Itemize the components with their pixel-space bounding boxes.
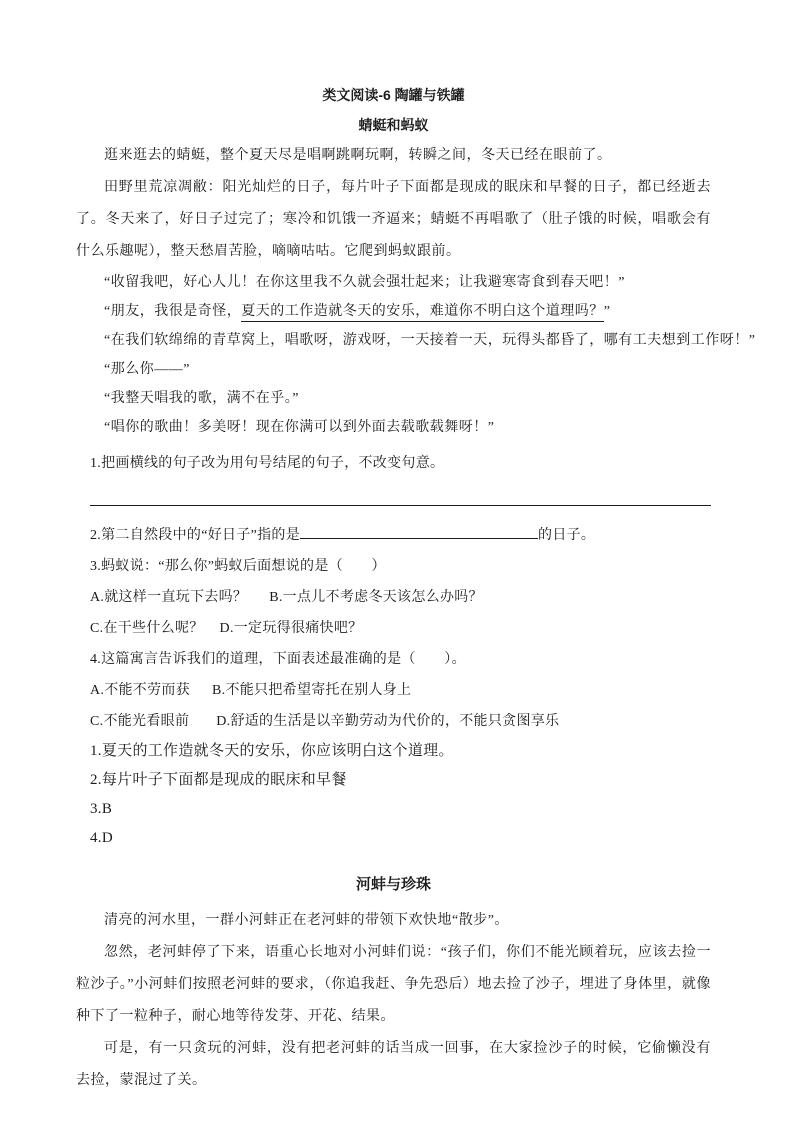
underlined-sentence: 夏天的工作造就冬天的安乐，难道你不明白这个道理吗？ [241,304,604,322]
question-1: 1.把画横线的句子改为用句号结尾的句子，不改变句意。 [90,448,711,479]
question-4: 4.这篇寓言告诉我们的道理，下面表述最准确的是（ ）。 [90,644,711,675]
option-3c: C.在干些什么呢？ [90,621,204,636]
question-4-options-ab: A.不能不劳而获B.不能只把希望寄托在别人身上 [90,675,711,706]
answers-section: 1.夏天的工作造就冬天的安乐，你应该明白这个道理。 2.每片叶子下面都是现成的眠… [90,737,711,853]
answer-2: 2.每片叶子下面都是现成的眠床和早餐 [90,766,711,795]
dialogue-line-6: “唱你的歌曲！多美呀！现在你满可以到外面去载歌载舞呀！” [76,413,711,442]
dialogue-2-prefix: “朋友，我很是奇怪， [104,304,241,319]
dialogue-2-close-quote: ” [604,304,611,319]
dialogue-line-1: “收留我吧，好心人儿！在你这里我不久就会强壮起来；让我避寒寄食到春天吧！” [76,268,711,297]
dialogue-line-4: “那么你——” [76,355,711,384]
story2-section: 清亮的河水里，一群小河蚌正在老河蚌的带领下欢快地“散步”。 忽然，老河蚌停了下来… [76,905,711,1097]
option-4d: D.舒适的生活是以辛勤劳动为代价的，不能只贪图享乐 [216,714,559,729]
answer-4: 4.D [90,824,711,853]
answer-1: 1.夏天的工作造就冬天的安乐，你应该明白这个道理。 [90,737,711,766]
story1-paragraph-1: 逛来逛去的蜻蜓，整个夏天尽是唱啊跳啊玩啊，转瞬之间，冬天已经在眼前了。 [76,140,711,172]
option-3b: B.一点儿不考虑冬天该怎么办吗？ [269,590,483,605]
worksheet-page: 类文阅读-6 陶罐与铁罐 蜻蜓和蚂蚁 逛来逛去的蜻蜓，整个夏天尽是唱啊跳啊玩啊，… [0,0,793,1122]
question-2-prefix: 2.第二自然段中的“好日子”指的是 [90,528,300,543]
dialogue-line-5: “我整天唱我的歌，满不在乎。” [76,384,711,413]
fill-in-blank [300,524,538,539]
dialogue-line-3: “在我们软绵绵的青草窝上，唱歌呀，游戏呀，一天接着一天，玩得头都昏了，哪有工夫想… [76,326,711,355]
question-3-options-cd: C.在干些什么呢？D.一定玩得很痛快吧？ [90,613,711,644]
answer-blank-line [90,493,711,506]
story1-paragraph-2: 田野里荒凉凋敝：阳光灿烂的日子，每片叶子下面都是现成的眠床和早餐的日子，都已经逝… [76,172,711,268]
story2-paragraph-1: 清亮的河水里，一群小河蚌正在老河蚌的带领下欢快地“散步”。 [76,905,711,937]
story2-paragraph-2: 忽然，老河蚌停了下来，语重心长地对小河蚌们说：“孩子们，你们不能光顾着玩，应该去… [76,937,711,1033]
option-4c: C.不能光看眼前 [90,714,189,729]
answer-3: 3.B [90,795,711,824]
option-4b: B.不能只把希望寄托在别人身上 [212,683,411,698]
story1-title: 蜻蜓和蚂蚁 [76,116,711,134]
question-4-options-cd: C.不能光看眼前D.舒适的生活是以辛勤劳动为代价的，不能只贪图享乐 [90,706,711,737]
story2-title: 河蚌与珍珠 [76,875,711,895]
question-3-options-ab: A.就这样一直玩下去吗？B.一点儿不考虑冬天该怎么办吗？ [90,582,711,613]
question-2-suffix: 的日子。 [538,528,595,543]
option-3d: D.一定玩得很痛快吧？ [220,621,363,636]
question-2: 2.第二自然段中的“好日子”指的是的日子。 [90,520,711,551]
doc-title: 类文阅读-6 陶罐与铁罐 [76,86,711,104]
story2-paragraph-3: 可是，有一只贪玩的河蚌，没有把老河蚌的话当成一回事，在大家捡沙子的时候，它偷懒没… [76,1033,711,1097]
questions-section: 1.把画横线的句子改为用句号结尾的句子，不改变句意。 2.第二自然段中的“好日子… [90,448,711,853]
option-3a: A.就这样一直玩下去吗？ [90,590,247,605]
option-4a: A.不能不劳而获 [90,683,190,698]
dialogue-line-2: “朋友，我很是奇怪，夏天的工作造就冬天的安乐，难道你不明白这个道理吗？” [76,297,711,326]
question-3: 3.蚂蚁说：“那么你”蚂蚁后面想说的是（ ） [90,551,711,582]
